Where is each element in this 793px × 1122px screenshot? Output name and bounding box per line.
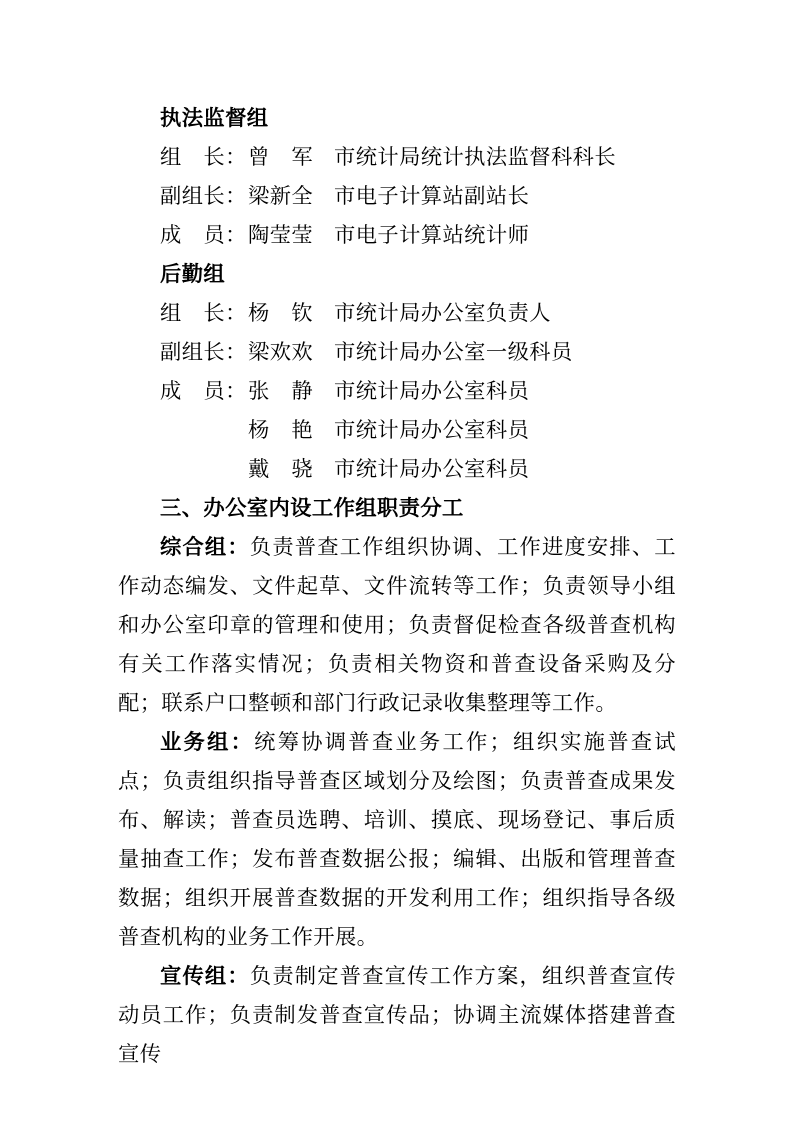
member-title: 市电子计算站统计师: [334, 223, 529, 247]
member-role: 成 员：: [160, 372, 248, 411]
member-name: 曾 军: [248, 138, 334, 177]
member-name: 杨 艳: [248, 411, 334, 450]
member-row: 组 长：杨 钦市统计局办公室负责人: [118, 294, 676, 333]
member-name: 梁新全: [248, 177, 334, 216]
member-title: 市统计局办公室负责人: [334, 301, 551, 325]
member-title: 市统计局办公室科员: [334, 379, 529, 403]
member-title: 市统计局统计执法监督科科长: [334, 145, 616, 169]
member-role: 副组长：: [160, 333, 248, 372]
paragraph-lead: 宣传组：: [160, 964, 250, 988]
member-row: 杨 艳市统计局办公室科员: [118, 411, 676, 450]
paragraph-business-group: 业务组：统筹协调普查业务工作；组织实施普查试点；负责组织指导普查区域划分及绘图；…: [118, 723, 676, 957]
group-heading-logistics: 后勤组: [118, 255, 676, 294]
member-name: 戴 骁: [248, 450, 334, 489]
member-row: 副组长：梁新全市电子计算站副站长: [118, 177, 676, 216]
document-content: 执法监督组 组 长：曾 军市统计局统计执法监督科科长 副组长：梁新全市电子计算站…: [118, 99, 676, 1074]
member-name: 陶莹莹: [248, 216, 334, 255]
paragraph-publicity-group: 宣传组：负责制定普查宣传工作方案，组织普查宣传动员工作；负责制发普查宣传品；协调…: [118, 957, 676, 1074]
section-heading: 三、办公室内设工作组职责分工: [118, 489, 676, 528]
member-role: 组 长：: [160, 138, 248, 177]
member-row: 组 长：曾 军市统计局统计执法监督科科长: [118, 138, 676, 177]
member-row: 副组长：梁欢欢市统计局办公室一级科员: [118, 333, 676, 372]
paragraph-comprehensive-group: 综合组：负责普查工作组织协调、工作进度安排、工作动态编发、文件起草、文件流转等工…: [118, 528, 676, 723]
member-role: 成 员：: [160, 216, 248, 255]
paragraph-text: 负责普查工作组织协调、工作进度安排、工作动态编发、文件起草、文件流转等工作；负责…: [118, 535, 676, 715]
member-title: 市统计局办公室科员: [334, 418, 529, 442]
member-row: 成 员：陶莹莹市电子计算站统计师: [118, 216, 676, 255]
paragraph-lead: 综合组：: [160, 535, 250, 559]
member-title: 市电子计算站副站长: [334, 184, 529, 208]
paragraph-lead: 业务组：: [160, 730, 254, 754]
member-title: 市统计局办公室科员: [334, 457, 529, 481]
member-name: 梁欢欢: [248, 333, 334, 372]
member-role: 副组长：: [160, 177, 248, 216]
member-role: 组 长：: [160, 294, 248, 333]
paragraph-text: 统筹协调普查业务工作；组织实施普查试点；负责组织指导普查区域划分及绘图；负责普查…: [118, 730, 676, 949]
document-page: 执法监督组 组 长：曾 军市统计局统计执法监督科科长 副组长：梁新全市电子计算站…: [0, 0, 793, 1122]
member-name: 杨 钦: [248, 294, 334, 333]
group-heading-enforcement: 执法监督组: [118, 99, 676, 138]
member-title: 市统计局办公室一级科员: [334, 340, 573, 364]
member-name: 张 静: [248, 372, 334, 411]
member-row: 成 员：张 静市统计局办公室科员: [118, 372, 676, 411]
member-row: 戴 骁市统计局办公室科员: [118, 450, 676, 489]
